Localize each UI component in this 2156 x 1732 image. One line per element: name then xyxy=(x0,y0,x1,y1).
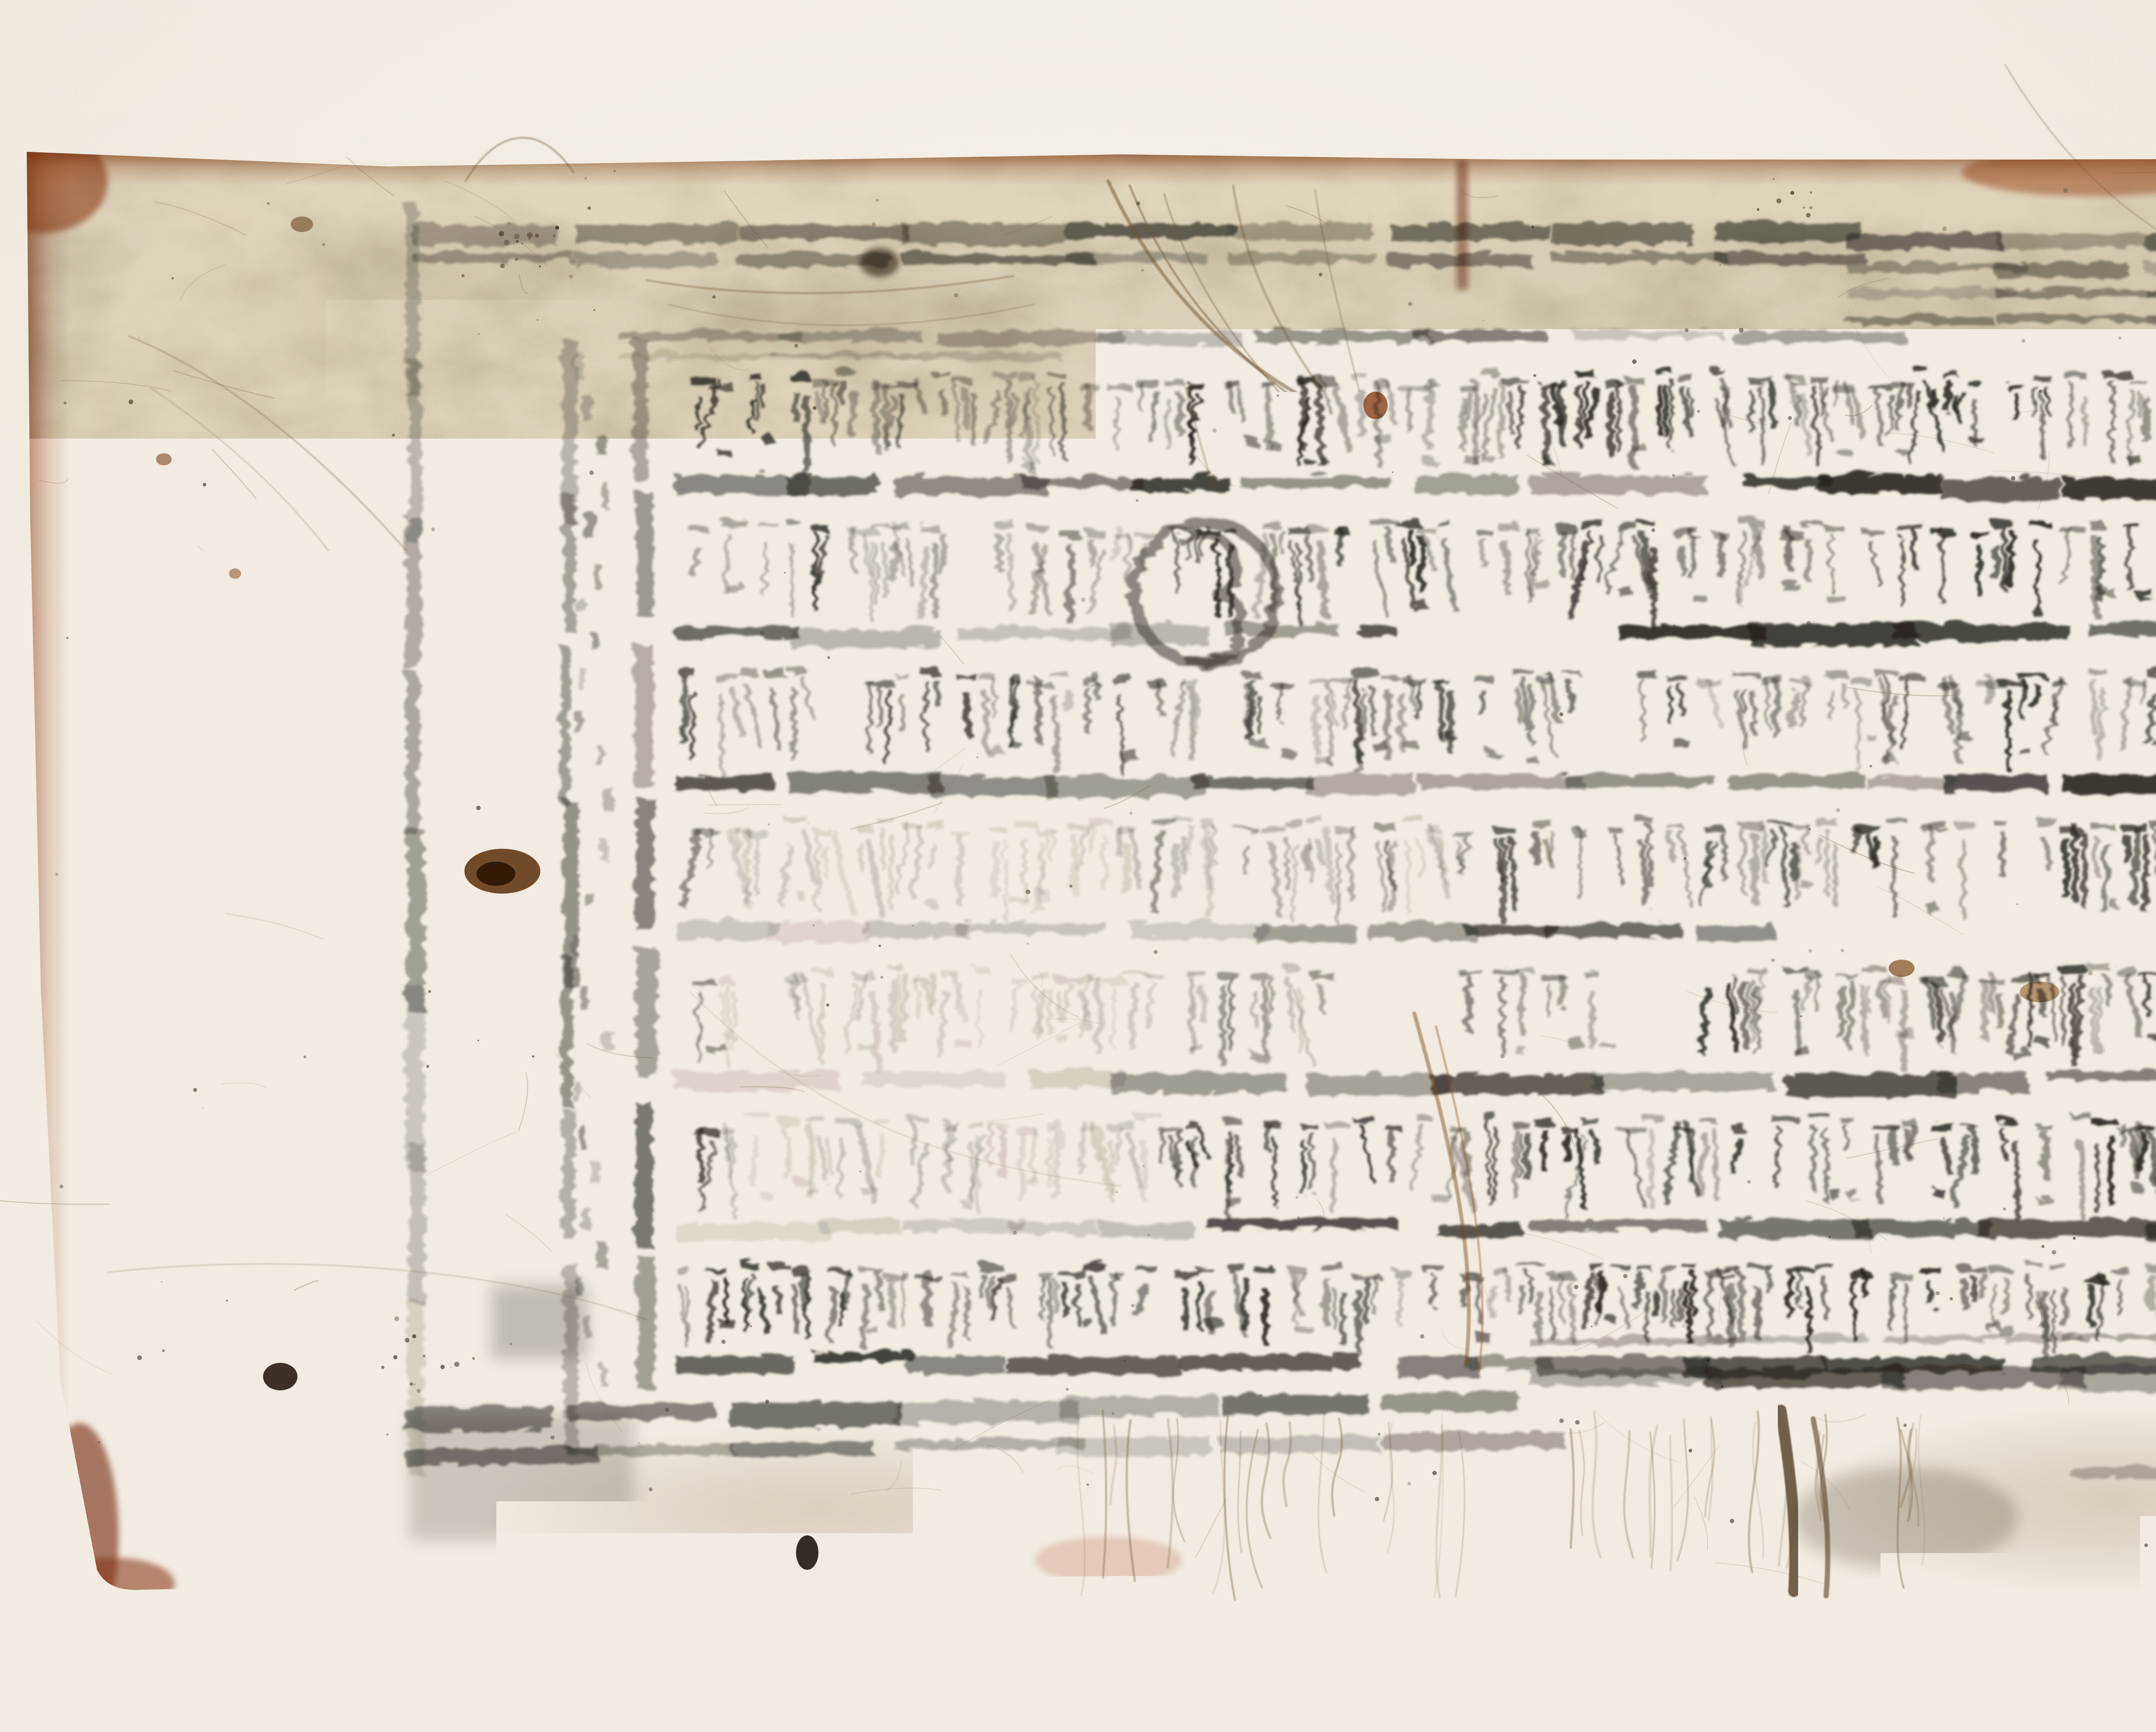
manuscript-scan xyxy=(0,0,2156,1732)
artifact-photograph xyxy=(0,0,2156,1732)
